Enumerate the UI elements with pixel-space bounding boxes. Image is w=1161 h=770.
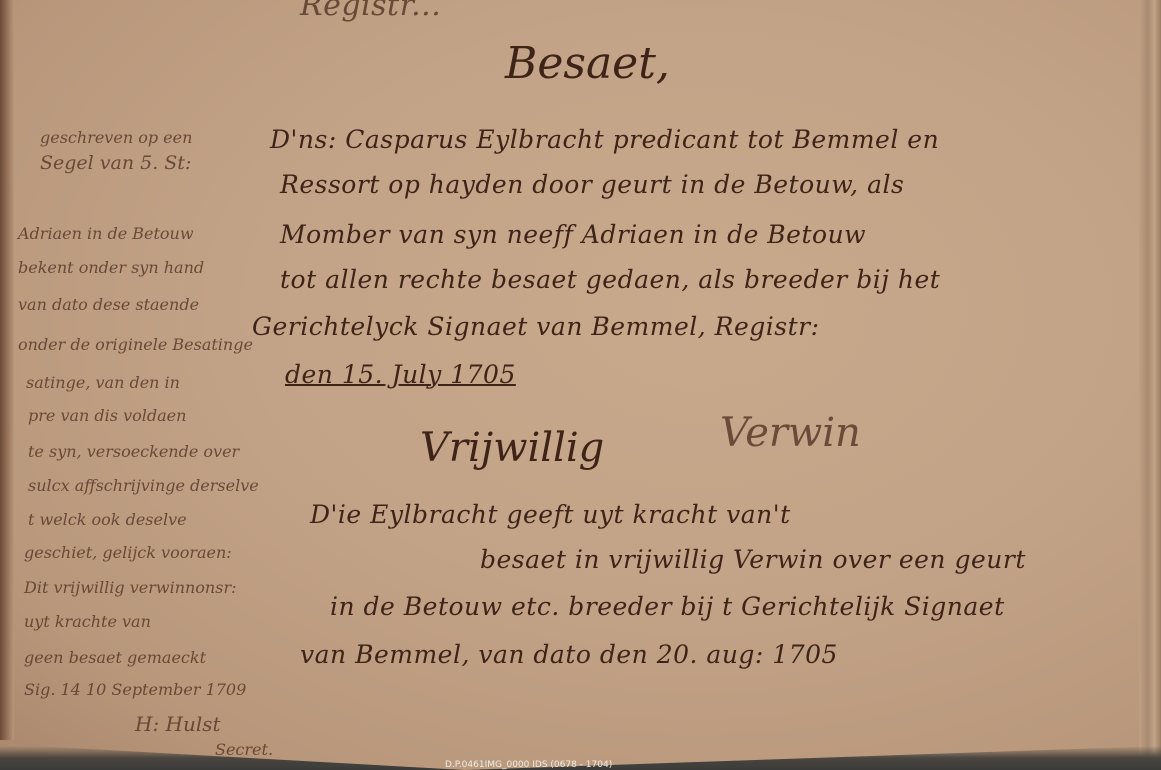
margin-note: Dit vrijwillig verwinnonsr:: [24, 578, 236, 597]
entry1-line: D'ns: Casparus Eylbracht predicant tot B…: [270, 125, 939, 154]
margin-note: geen besaet gemaeckt: [24, 648, 206, 667]
margin-note: geschiet, gelijck vooraen:: [24, 543, 232, 562]
entry2-line: in de Betouw etc. breeder bij t Gerichte…: [330, 592, 1005, 621]
entry2-line: van Bemmel, van dato den 20. aug: 1705: [300, 640, 838, 669]
entry1-line: Gerichtelyck Signaet van Bemmel, Registr…: [252, 312, 820, 341]
margin-note: geschreven op een: [40, 128, 192, 147]
page-left-edge: [0, 0, 14, 740]
margin-note: pre van dis voldaen: [28, 406, 186, 425]
margin-note: Segel van 5. St:: [40, 152, 191, 174]
page-title: Besaet,: [505, 38, 670, 89]
margin-note: satinge, van den in: [26, 373, 180, 392]
entry2-line: besaet in vrijwillig Verwin over een geu…: [480, 545, 1026, 574]
top-fragment-text: Registr...: [300, 0, 441, 23]
margin-note: Adriaen in de Betouw: [18, 224, 194, 243]
image-caption: D.P.0461IMG_0000 IDS (0678 - 1704): [445, 760, 612, 770]
margin-note: t welck ook deselve: [28, 510, 187, 529]
margin-note: sulcx affschrijvinge derselve: [28, 476, 259, 495]
entry1-line: Momber van syn neeff Adriaen in de Betou…: [280, 220, 866, 249]
entry2-line: D'ie Eylbracht geeft uyt kracht van't: [310, 500, 791, 529]
heading-verwin: Verwin: [720, 410, 861, 456]
margin-note: uyt krachte van: [24, 612, 151, 631]
entry1-line: Ressort op hayden door geurt in de Betou…: [280, 170, 904, 199]
entry1-date: den 15. July 1705: [285, 360, 516, 389]
entry1-line: tot allen rechte besaet gedaen, als bree…: [280, 265, 940, 294]
margin-note: bekent onder syn hand: [18, 258, 204, 277]
page-right-edge: [1139, 0, 1161, 770]
signature: H: Hulst: [135, 712, 221, 736]
manuscript-page: Registr... Besaet, geschreven op een Seg…: [0, 0, 1161, 770]
heading-vrijwillig: Vrijwillig: [420, 425, 604, 471]
secretary-mark: Secret.: [215, 740, 273, 759]
margin-note: van dato dese staende: [18, 295, 199, 314]
margin-note: te syn, versoeckende over: [28, 442, 239, 461]
margin-note: onder de originele Besatinge: [18, 335, 253, 354]
margin-note: Sig. 14 10 September 1709: [24, 680, 246, 699]
